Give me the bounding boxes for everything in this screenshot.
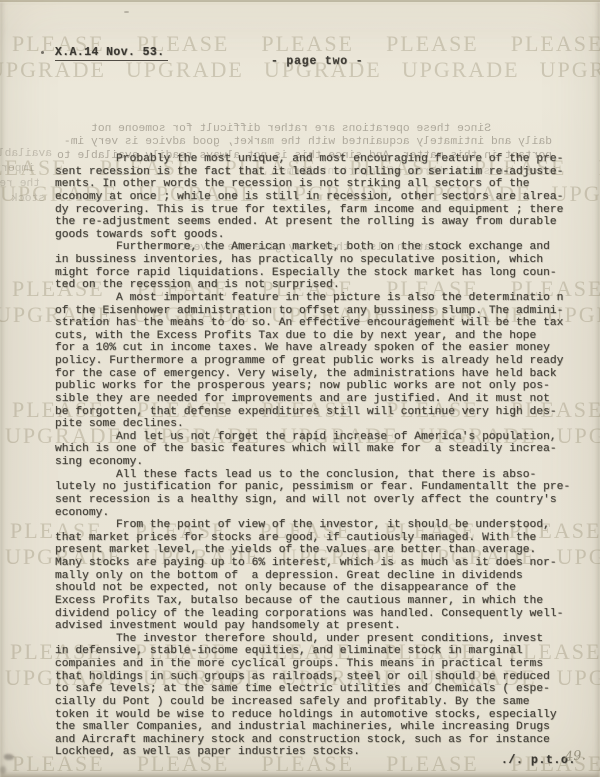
typewritten-line: cuts, with the Excess Profits Tax due to… (55, 330, 585, 343)
bleedthrough-fragment: stock (0, 193, 45, 205)
typewritten-line: public works for the prosperous years; n… (55, 380, 585, 393)
paper-smudge (4, 754, 14, 760)
scanned-document: PLEASEPLEASEPLEASEPLEASEPLEASEPLEASEUPGR… (0, 0, 600, 777)
typewritten-line: to safe levels; at the same time electri… (55, 683, 585, 696)
typewritten-line: economy. (55, 507, 585, 520)
typewritten-line: for a 10% cut in income taxes. We have a… (55, 342, 585, 355)
typewritten-line: cially du Pont ) could be increased safe… (55, 696, 585, 709)
typewritten-line: the re-adjustment seems ended. At presen… (55, 216, 585, 229)
pencil-page-number: 49. (564, 748, 586, 765)
typewritten-line: And let us not forget the rapid increase… (55, 431, 585, 444)
typewritten-line: pite some declines. (55, 418, 585, 431)
typewritten-line: dy recovering. This is true for textiles… (55, 204, 585, 217)
watermark-word: PLEASE (261, 31, 354, 57)
typewritten-line: be forgotten, that defense expenditures … (55, 406, 585, 419)
typewritten-line: The investor therefore should, under pre… (55, 633, 585, 646)
watermark-word: PLEASE (511, 31, 600, 57)
typewritten-line: token it would be wise to reduce holding… (55, 709, 585, 722)
paper-smudge (0, 766, 6, 774)
typewritten-line: advised investment would pay handsomely … (55, 620, 585, 633)
document-page: PLEASEPLEASEPLEASEPLEASEPLEASEPLEASEUPGR… (0, 0, 600, 777)
paper-speck (41, 51, 44, 54)
typewritten-line: Many stocks are paying up to 6% interest… (55, 557, 585, 570)
typewritten-line: economy at once ; while one is still in … (55, 191, 585, 204)
bleedthrough-fragment: important firms (0, 163, 35, 175)
typewritten-line: which is one of the basic features which… (55, 443, 585, 456)
watermark-word: PLEASE (386, 31, 479, 57)
typewritten-line: Probably the most unique, and most encou… (55, 153, 585, 166)
typewritten-line: dividend policy of the leading corporati… (55, 608, 585, 621)
typewritten-line: sent recession is a healthy sign, and wi… (55, 494, 585, 507)
bleedthrough-line: daily and intimately acquainted with the… (52, 136, 552, 149)
typewritten-line: mally only on the bottom of a depression… (55, 570, 585, 583)
typewritten-line: of the Eisenhower administration to offs… (55, 305, 585, 318)
typewritten-line: From the point of view of the investor, … (55, 519, 585, 532)
typed-body: Probably the most unique, and most encou… (55, 153, 585, 759)
watermark-word: UPGRADE (540, 57, 600, 83)
typewritten-line: A most important feature in the picture … (55, 292, 585, 305)
typewritten-line: All these facts lead us to the conclusio… (55, 469, 585, 482)
typewritten-line: present market level, the yields of the … (55, 544, 585, 557)
typewritten-line: goods towards soft goods. (55, 229, 585, 242)
typewritten-line: Excess Profits Tax, butalso because of t… (55, 595, 585, 608)
page-label: - page two - (271, 55, 363, 68)
typewritten-line: sible they are needed for improvements a… (55, 393, 585, 406)
typewritten-line: that holdings in such groups as railroad… (55, 671, 585, 684)
typewritten-line: sent recession is the fact that it leads… (55, 166, 585, 179)
typewritten-line: ments. In other words the recession is n… (55, 178, 585, 191)
typewritten-line: should not be expected, not only because… (55, 582, 585, 595)
typewritten-line: companies and in the more cyclical group… (55, 658, 585, 671)
typewritten-line: ted on the recession and is not surprise… (55, 279, 585, 292)
typewritten-line: the smaller Companies, and industrial ma… (55, 721, 585, 734)
bleedthrough-fragment: available to (0, 148, 52, 160)
typewritten-line: stration has the means to do so. An effe… (55, 317, 585, 330)
date-reference: X.A.14 Nov. 53. (55, 46, 168, 61)
typewritten-line: sing economy. (55, 456, 585, 469)
typewritten-line: Furthermore, the American market, both o… (55, 241, 585, 254)
typewritten-line: in defensive, stable-income equities, an… (55, 645, 585, 658)
typewritten-line: policy. Furthermore a programme of great… (55, 355, 585, 368)
paper-speck (124, 11, 129, 13)
typewritten-line: that market prices for stocks are good, … (55, 532, 585, 545)
typewritten-line: for the case of emergency. Very wisely, … (55, 368, 585, 381)
typewritten-line: and Aircraft machinery stock and constru… (55, 734, 585, 747)
bleedthrough-line: Since these operations are rather diffic… (52, 123, 552, 136)
typewritten-line: might force rapid liquidations. Especial… (55, 267, 585, 280)
typewritten-line: lutely no justification for panic, pessi… (55, 481, 585, 494)
bleedthrough-fragment: the receipt (0, 178, 40, 190)
typewritten-line: in bussiness inventories, has practicall… (55, 254, 585, 267)
watermark-word: UPGRADE (402, 57, 520, 83)
